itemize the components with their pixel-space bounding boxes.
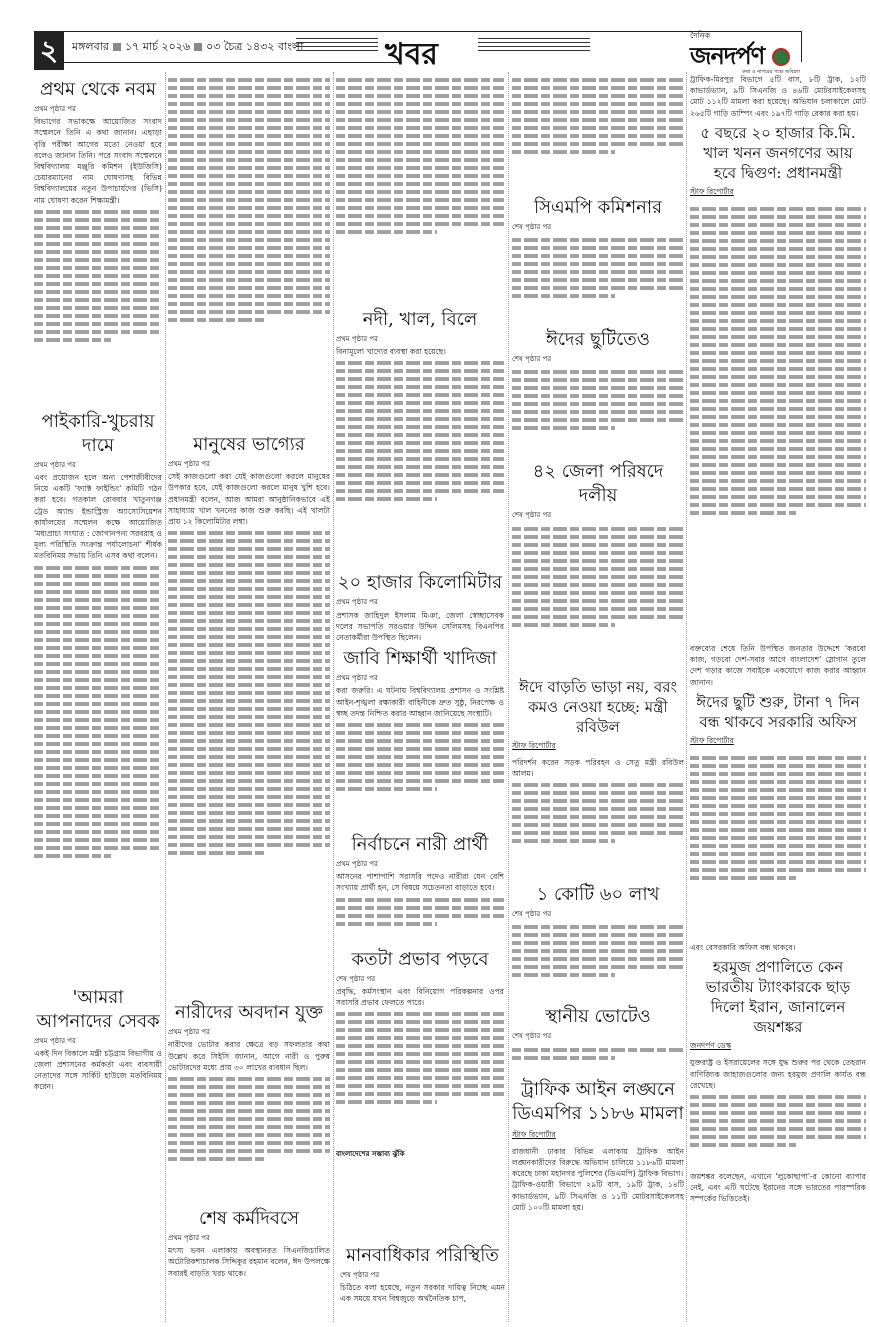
headline: মানবাধিকার পরিস্থিতি	[340, 1244, 505, 1268]
text-line	[690, 455, 866, 459]
text-line	[168, 531, 330, 535]
headline: ২০ হাজার কিলোমিটার	[336, 571, 504, 595]
text-line	[690, 844, 866, 848]
headline: কতটা প্রভাব পড়বে	[336, 948, 504, 972]
text-line	[168, 78, 330, 82]
text-line	[512, 246, 684, 250]
headline: ঈদের ছুটিতেও	[512, 328, 684, 352]
text-line	[512, 262, 684, 266]
logo-name: জনদর্পণ	[690, 43, 800, 69]
text-line	[690, 255, 866, 259]
column-2: মানুষের ভাগ্যের প্রথম পৃষ্ঠার পর সেই কাজ…	[168, 74, 330, 1319]
text-line	[512, 965, 684, 969]
text-line	[336, 118, 504, 122]
text-line	[690, 223, 866, 227]
text-line	[336, 206, 504, 210]
text-line	[336, 739, 504, 743]
text-line	[168, 294, 330, 298]
continued-from: প্রথম পৃষ্ঠার পর	[336, 673, 504, 684]
text-line	[168, 851, 265, 855]
text-line	[512, 294, 615, 298]
article-body: এবং প্রয়োজন হলে অন্য পেশাজীবীদের নিয়ে …	[34, 472, 162, 562]
article-body-tail: এবং বেসরকারি অফিস বন্ধ থাকবে।	[690, 942, 866, 953]
text-line	[168, 779, 330, 783]
text-line	[512, 134, 684, 138]
text-line	[336, 126, 504, 130]
text-line	[690, 503, 866, 507]
text-line	[336, 385, 504, 389]
text-line	[168, 755, 330, 759]
text-line	[512, 973, 615, 977]
text-line	[34, 590, 162, 594]
text-line	[512, 543, 684, 547]
text-line	[34, 742, 162, 746]
text-line	[690, 383, 866, 387]
text-line	[690, 860, 866, 864]
column-divider	[165, 72, 166, 1322]
text-line	[168, 1133, 330, 1137]
article: ২০ হাজার কিলোমিটার প্রথম পৃষ্ঠার পর প্রশ…	[336, 571, 504, 643]
text-line	[512, 254, 684, 258]
decorative-rules	[296, 38, 378, 52]
day: মঙ্গলবার	[72, 40, 109, 53]
text-line	[168, 142, 330, 146]
text-line	[34, 694, 162, 698]
text-line	[690, 868, 866, 872]
text-line	[512, 591, 684, 595]
text-line	[336, 747, 504, 751]
text-line	[336, 110, 504, 114]
text-line	[168, 667, 330, 671]
text-line	[690, 788, 866, 792]
text-line	[168, 811, 330, 815]
text-line	[512, 815, 684, 819]
article: ট্রাফিক আইন লঙ্ঘনে ডিএমপির ১১৮৬ মামলা স্…	[512, 1078, 684, 1213]
text-line	[336, 393, 504, 397]
article-body	[690, 752, 866, 942]
text-line	[168, 182, 330, 186]
text-line	[690, 876, 796, 880]
article-body-continued	[512, 779, 684, 879]
byline: স্টাফ রিপোর্টার	[690, 735, 866, 746]
text-line	[336, 425, 504, 429]
text-line	[690, 367, 866, 371]
text-line	[168, 254, 330, 258]
continued-from: শেষ পৃষ্ঠার পর	[336, 974, 504, 985]
text-line	[336, 473, 504, 477]
text-line	[336, 361, 504, 365]
text-line	[690, 764, 866, 768]
article: ১ কোটি ৬০ লাখ শেষ পৃষ্ঠার পর	[512, 883, 684, 1001]
article: পাইকারি-খুচরায় দামে প্রথম পৃষ্ঠার পর এব…	[34, 410, 162, 982]
text-line	[690, 1127, 866, 1131]
text-line	[690, 796, 866, 800]
text-line	[512, 575, 684, 579]
text-line	[168, 643, 330, 647]
text-line	[34, 638, 162, 642]
text-line	[168, 1141, 330, 1145]
article-body	[512, 234, 684, 324]
text-line	[34, 242, 162, 246]
text-line	[512, 623, 615, 627]
text-line	[34, 838, 162, 842]
text-line	[512, 583, 684, 587]
article: ঈদের ছুটিতেও শেষ পৃষ্ঠার পর	[512, 328, 684, 456]
article-body-continued	[512, 74, 684, 192]
text-line	[168, 1085, 330, 1089]
text-line	[336, 1100, 437, 1104]
bangladesh-map-seal-icon	[772, 48, 790, 66]
article-body	[512, 366, 684, 456]
text-line	[34, 798, 162, 802]
article-body	[512, 921, 684, 1001]
text-line	[168, 587, 330, 591]
article-body-tail: জয়শঙ্কর বলেছেন, এখানে 'লুকোছাপা'-র কোনো…	[690, 1171, 866, 1205]
text-line	[168, 547, 330, 551]
article-body: চিঠিতে বলা হয়েছে, নতুন সরকার দায়িত্ব ন…	[340, 1282, 505, 1304]
headline: ৫ বছরে ২০ হাজার কি.মি. খাল খনন জনগণের আয…	[690, 123, 866, 183]
text-line	[34, 210, 162, 214]
text-line	[168, 110, 330, 114]
text-line	[336, 409, 504, 413]
text-line	[690, 359, 866, 363]
byline: জনদর্পণ ডেস্ক	[690, 1040, 866, 1051]
article-body	[690, 203, 866, 643]
text-line	[34, 574, 162, 578]
article-body: যুক্তরাষ্ট্র ও ইসরায়েলের সঙ্গে যুদ্ধ শু…	[690, 1057, 866, 1091]
text-line	[690, 511, 796, 515]
text-line	[168, 1157, 265, 1161]
article-body-continued	[336, 357, 504, 567]
text-line	[512, 925, 684, 929]
column-1: প্রথম থেকে নবম প্রথম পৃষ্ঠার পর বিভাগের …	[34, 74, 162, 1319]
article-body: ট্রাফিক-মিরপুর বিভাগে ৫টি বাস, ৮টি ট্রাক…	[690, 74, 866, 119]
text-line	[168, 723, 330, 727]
text-line	[34, 250, 162, 254]
text-line	[336, 433, 504, 437]
article-body: বিনামূল্যে খাদ্যের ব্যবস্থা করা হয়েছে।	[336, 346, 504, 357]
text-line	[690, 287, 866, 291]
headline: প্রথম থেকে নবম	[34, 78, 162, 102]
newspaper-logo: দৈনিক জনদর্পণ কথা ও নাগরের পক্ষে অবিচল	[690, 30, 800, 74]
text-line	[34, 282, 162, 286]
text-line	[690, 423, 866, 427]
article-body-continued	[168, 1073, 330, 1203]
text-line	[512, 559, 684, 563]
continued-from: প্রথম পৃষ্ঠার পর	[336, 597, 504, 608]
subheading: বাংলাদেশের সম্ভাব্য ঝুঁকি	[336, 1149, 504, 1160]
text-line	[336, 166, 504, 170]
text-line	[168, 150, 330, 154]
text-line	[336, 190, 504, 194]
column-divider	[508, 72, 509, 1322]
text-line	[690, 239, 866, 243]
text-line	[34, 274, 162, 278]
text-line	[34, 726, 162, 730]
text-line	[168, 230, 330, 234]
text-line	[168, 1101, 330, 1105]
column-divider	[333, 72, 334, 1322]
text-line	[34, 218, 162, 222]
text-line	[512, 142, 684, 146]
text-line	[336, 465, 504, 469]
headline: ৪২ জেলা পরিষদে দলীয়	[512, 460, 684, 508]
text-line	[34, 330, 162, 334]
text-line	[690, 852, 866, 856]
article: হরমুজ প্রণালিতে কেন ভারতীয় ট্যাংকারকে ছ…	[690, 957, 866, 1204]
text-line	[336, 457, 504, 461]
text-line	[512, 86, 684, 90]
text-line	[336, 377, 504, 381]
text-line	[336, 497, 437, 501]
article: নদী, খাল, বিলে প্রথম পৃষ্ঠার পর বিনামূল্…	[336, 308, 504, 567]
text-line	[336, 1044, 504, 1048]
text-line	[690, 271, 866, 275]
article: সিএমপি কমিশনার শেষ পৃষ্ঠার পর	[512, 196, 684, 324]
article-body: মৎস্য ভবন এলাকায় অবস্থানরত সিএনজিচালিত …	[168, 1245, 330, 1279]
headline: সিএমপি কমিশনার	[512, 196, 684, 220]
text-line	[512, 238, 684, 242]
text-line	[168, 262, 330, 266]
text-line	[34, 854, 111, 858]
article-body: নারীদের ভোটার করার ক্ষেত্রে বড় সফলতার ক…	[168, 1039, 330, 1073]
text-line	[168, 302, 330, 306]
text-line	[512, 150, 615, 154]
text-line	[336, 150, 504, 154]
text-line	[168, 675, 330, 679]
article-body: করা জরুরি। এ ঘটনায় বিশ্ববিদ্যালয় প্রশা…	[336, 685, 504, 719]
dateline: মঙ্গলবার১৭ মার্চ ২০২৬০৩ চৈত্র ১৪৩২ বাংলা	[72, 38, 303, 57]
headline: নির্বাচনে নারী প্রার্থী	[336, 833, 504, 857]
text-line	[168, 763, 330, 767]
text-line	[168, 739, 330, 743]
text-line	[336, 449, 504, 453]
text-line	[168, 190, 330, 194]
text-line	[168, 603, 330, 607]
text-line	[34, 566, 162, 570]
text-line	[512, 426, 615, 430]
text-line	[34, 718, 162, 722]
article-body-continued	[168, 74, 330, 429]
article-manobadhikar: মানবাধিকার পরিস্থিতি শেষ পৃষ্ঠার পর চিঠি…	[340, 1240, 505, 1320]
continued-from: শেষ পৃষ্ঠার পর	[512, 510, 684, 521]
text-line	[690, 1143, 796, 1147]
text-line	[690, 263, 866, 267]
text-line	[336, 230, 437, 234]
text-line	[512, 370, 684, 374]
text-line	[168, 158, 330, 162]
text-line	[336, 1052, 504, 1056]
text-line	[34, 814, 162, 818]
text-line	[690, 812, 866, 816]
text-line	[690, 447, 866, 451]
text-line	[168, 635, 330, 639]
text-line	[690, 463, 866, 467]
headline: হরমুজ প্রণালিতে কেন ভারতীয় ট্যাংকারকে ছ…	[690, 957, 866, 1037]
text-line	[512, 615, 684, 619]
text-line	[34, 766, 162, 770]
article-body	[512, 523, 684, 673]
text-line	[168, 715, 330, 719]
text-line	[336, 914, 504, 918]
continued-from: প্রথম পৃষ্ঠার পর	[34, 460, 162, 471]
byline: স্টাফ রিপোর্টার	[512, 1129, 684, 1140]
text-line	[34, 598, 162, 602]
article-body-continued	[336, 719, 504, 829]
text-line	[512, 831, 684, 835]
article-body-continued	[690, 1091, 866, 1171]
text-line	[168, 571, 330, 575]
continued-from: শেষ পৃষ্ঠার পর	[512, 222, 684, 233]
text-line	[690, 247, 866, 251]
text-line	[168, 1117, 330, 1121]
text-line	[34, 686, 162, 690]
text-line	[690, 756, 866, 760]
text-line	[336, 142, 504, 146]
text-line	[336, 779, 504, 783]
article-body: বিভাগের সভাকক্ষে আয়োজিত সংবাদ সম্মেলনে …	[34, 116, 162, 206]
text-line	[512, 94, 684, 98]
text-line	[34, 582, 162, 586]
article: নির্বাচনে নারী প্রার্থী প্রথম পৃষ্ঠার পর…	[336, 833, 504, 944]
text-line	[168, 1093, 330, 1097]
text-line	[512, 118, 684, 122]
text-line	[690, 343, 866, 347]
article-body: রাজধানী ঢাকার বিভিন্ন এলাকায় ট্রাফিক আই…	[512, 1146, 684, 1180]
text-line	[512, 839, 615, 843]
text-line	[690, 479, 866, 483]
column-divider	[686, 72, 687, 1322]
article: শেষ কর্মদিবসে প্রথম পৃষ্ঠার পর মৎস্য ভবন…	[168, 1207, 330, 1279]
text-line	[34, 306, 162, 310]
article: ঈদের ছুটি শুরু, টানা ৭ দিন বন্ধ থাকবে সর…	[690, 692, 866, 953]
text-line	[34, 606, 162, 610]
text-line	[512, 418, 684, 422]
article: মানুষের ভাগ্যের প্রথম পৃষ্ঠার পর সেই কাজ…	[168, 433, 330, 997]
text-line	[168, 731, 330, 735]
headline: ট্রাফিক আইন লঙ্ঘনে ডিএমপির ১১৮৬ মামলা	[512, 1078, 684, 1126]
text-line	[168, 835, 330, 839]
text-line	[168, 683, 330, 687]
text-line	[690, 327, 866, 331]
text-line	[690, 407, 866, 411]
text-line	[34, 646, 162, 650]
text-line	[690, 279, 866, 283]
text-line	[168, 611, 330, 615]
text-line	[168, 1109, 330, 1113]
text-line	[168, 94, 330, 98]
text-line	[690, 415, 866, 419]
text-line	[336, 922, 437, 926]
text-line	[690, 431, 866, 435]
text-line	[34, 338, 111, 342]
text-line	[336, 787, 437, 791]
text-line	[168, 1125, 330, 1129]
headline: শেষ কর্মদিবসে	[168, 1207, 330, 1231]
text-line	[690, 311, 866, 315]
text-line	[336, 1036, 504, 1040]
text-line	[690, 780, 866, 784]
text-line	[34, 298, 162, 302]
article-body: প্রশাসক জাহিদুল ইসলাম মিঞা, জেলা স্বেচ্ছ…	[336, 610, 504, 644]
text-line	[168, 278, 330, 282]
article: ৪২ জেলা পরিষদে দলীয় শেষ পৃষ্ঠার পর	[512, 460, 684, 672]
continued-from: প্রথম পৃষ্ঠার পর	[168, 1233, 330, 1244]
text-line	[168, 747, 330, 751]
headline: জাবি শিক্ষার্থী খাদিজা	[336, 647, 504, 671]
continued-from: প্রথম পৃষ্ঠার পর	[34, 104, 162, 115]
text-line	[690, 399, 866, 403]
text-line	[336, 1084, 504, 1088]
text-line	[34, 258, 162, 262]
text-line	[168, 1077, 330, 1081]
byline: স্টাফ রিপোর্টার	[512, 740, 684, 751]
continued-from: শেষ পৃষ্ঠার পর	[512, 354, 684, 365]
text-line	[690, 1111, 866, 1115]
text-line	[336, 771, 504, 775]
article: জাবি শিক্ষার্থী খাদিজা প্রথম পৃষ্ঠার পর …	[336, 647, 504, 829]
article-body: প্রবৃদ্ধি, কর্মসংস্থান এবং বিনিয়োগ পরিক…	[336, 986, 504, 1008]
text-line	[34, 234, 162, 238]
text-line	[690, 828, 866, 832]
text-line	[512, 378, 684, 382]
text-line	[34, 702, 162, 706]
text-line	[512, 933, 684, 937]
text-line	[168, 707, 330, 711]
text-line	[168, 771, 330, 775]
text-line	[168, 86, 330, 90]
text-line	[512, 823, 684, 827]
text-line	[512, 286, 684, 290]
text-line	[512, 599, 684, 603]
headline: মানুষের ভাগ্যের	[168, 433, 330, 457]
text-line	[168, 843, 330, 847]
text-line	[168, 819, 330, 823]
text-line	[336, 1068, 504, 1072]
continued-from: প্রথম পৃষ্ঠার পর	[34, 1036, 162, 1047]
text-line	[512, 607, 684, 611]
text-line	[336, 723, 504, 727]
article: স্থানীয় ভোটেও শেষ পৃষ্ঠার পর	[512, 1005, 684, 1073]
text-line	[168, 803, 330, 807]
text-line	[34, 266, 162, 270]
text-line	[336, 755, 504, 759]
text-line	[512, 278, 684, 282]
text-line	[336, 102, 504, 106]
text-line	[168, 118, 330, 122]
text-line	[336, 222, 504, 226]
text-line	[34, 314, 162, 318]
square-separator-icon	[113, 43, 121, 51]
text-line	[690, 231, 866, 235]
text-line	[512, 110, 684, 114]
text-line	[34, 822, 162, 826]
text-line	[336, 481, 504, 485]
text-line	[336, 214, 504, 218]
article-body-continued	[336, 1008, 504, 1148]
text-line	[168, 795, 330, 799]
text-line	[34, 670, 162, 674]
text-line	[512, 949, 684, 953]
text-line	[168, 174, 330, 178]
text-line	[34, 830, 162, 834]
text-line	[512, 78, 684, 82]
text-line	[34, 774, 162, 778]
column-4: সিএমপি কমিশনার শেষ পৃষ্ঠার পর ঈদের ছুটিত…	[512, 74, 684, 1319]
article-body-continued	[168, 527, 330, 997]
text-line	[690, 836, 866, 840]
text-line	[168, 555, 330, 559]
